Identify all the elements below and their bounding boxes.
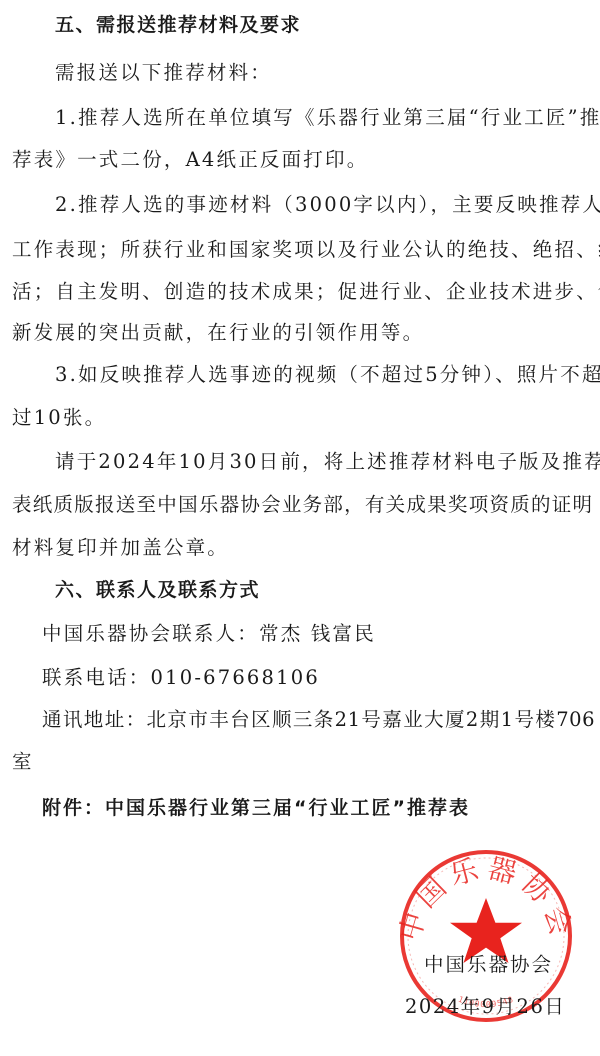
contact-address-line-2: 室 xyxy=(12,750,34,774)
section-6-heading: 六、联系人及联系方式 xyxy=(55,578,260,602)
item-1-line-1: 1.推荐人选所在单位填写《乐器行业第三届“行业工匠”推 xyxy=(55,106,593,130)
section-5-intro: 需报送以下推荐材料： xyxy=(55,61,272,85)
section-5-heading: 五、需报送推荐材料及要求 xyxy=(55,13,301,37)
deadline-line-3: 材料复印并加盖公章。 xyxy=(12,536,229,560)
contact-phone: 联系电话：010-67668106 xyxy=(42,666,320,690)
deadline-line-1: 请于2024年10月30日前，将上述推荐材料电子版及推荐 xyxy=(55,450,593,474)
contact-person: 中国乐器协会联系人：常杰 钱富民 xyxy=(42,622,376,646)
item-2-line-3: 活；自主发明、创造的技术成果；促进行业、企业技术进步、创 xyxy=(12,280,593,304)
item-2-line-1: 2.推荐人选的事迹材料（3000字以内），主要反映推荐人选 xyxy=(55,193,593,217)
deadline-line-2: 表纸质版报送至中国乐器协会业务部，有关成果奖项资质的证明 xyxy=(12,493,593,517)
item-3-line-2: 过10张。 xyxy=(12,406,106,430)
item-2-line-4: 新发展的突出贡献，在行业的引领作用等。 xyxy=(12,321,424,345)
attachment-note: 附件：中国乐器行业第三届“行业工匠”推荐表 xyxy=(42,796,470,820)
signature-organization: 中国乐器协会 xyxy=(424,953,553,977)
item-2-line-2: 工作表现；所获行业和国家奖项以及行业公认的绝技、绝招、绝 xyxy=(12,238,593,262)
signature-date: 2024年9月26日 xyxy=(405,995,565,1019)
contact-address-line-1: 通讯地址：北京市丰台区顺三条21号嘉业大厦2期1号楼706 xyxy=(42,708,595,732)
item-1-line-2: 荐表》一式二份，A4纸正反面打印。 xyxy=(12,148,368,172)
item-3-line-1: 3.如反映推荐人选事迹的视频（不超过5分钟）、照片不超 xyxy=(55,363,593,387)
